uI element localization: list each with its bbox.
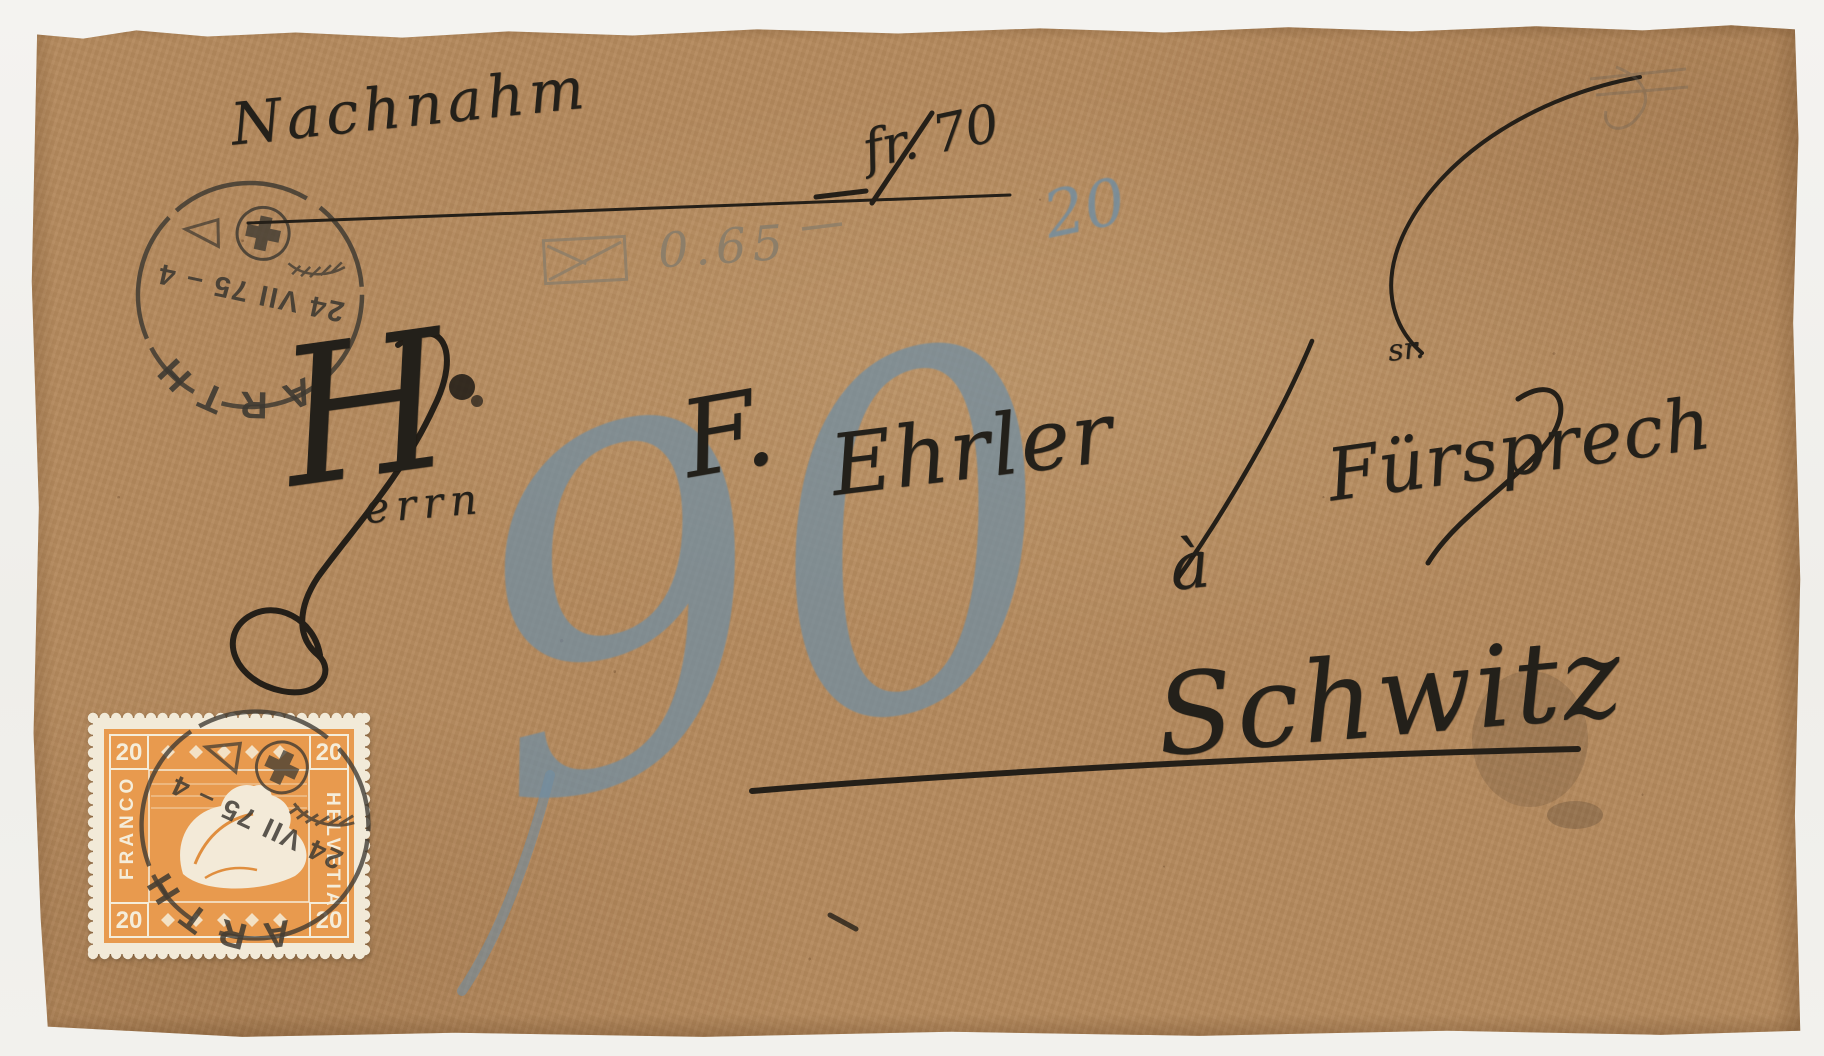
address-preposition: à — [1167, 531, 1213, 601]
scanned-envelope-photo: ARTH 24 VII 75 – 4 — [0, 0, 1824, 1056]
fee-dash-stroke — [816, 191, 866, 197]
address-given-initial: F. — [673, 374, 781, 494]
envelope-symbol-icon — [542, 235, 628, 285]
swiss-cross-icon — [232, 203, 294, 265]
address-salutation-rest: errn — [362, 478, 485, 530]
fursprech-capital-flourish — [1391, 77, 1640, 353]
pencil-rate-note: 0.65 — [656, 218, 790, 275]
service-note: Nachnahm — [228, 58, 592, 153]
blue-pencil-note: 20 — [1038, 169, 1131, 249]
fee-note: fr. 70 — [858, 97, 1003, 176]
cancellation-triangle-ornament — [202, 731, 247, 772]
address-occupation: Fürsprech — [1323, 386, 1716, 511]
blue-crayon-charge: 90 — [444, 317, 1090, 833]
pencil-scribble — [1590, 67, 1688, 128]
address-suffix: sr. — [1387, 333, 1426, 367]
envelope: ARTH 24 VII 75 – 4 — [30, 15, 1802, 1041]
svg-text:ARTH: ARTH — [123, 846, 308, 957]
postmark-triangle-ornament — [183, 213, 224, 246]
stray-ink-tick — [830, 915, 856, 929]
address-destination: Schwitz — [1152, 621, 1628, 773]
pencil-rate-bar — [802, 224, 842, 229]
postmark-leaf-ornament — [286, 252, 345, 285]
swiss-cross-icon — [248, 734, 316, 802]
arth-cancellation: ARTH 24 VII 75 – 4 — [123, 693, 387, 957]
cancellation-town: ARTH — [123, 846, 308, 957]
